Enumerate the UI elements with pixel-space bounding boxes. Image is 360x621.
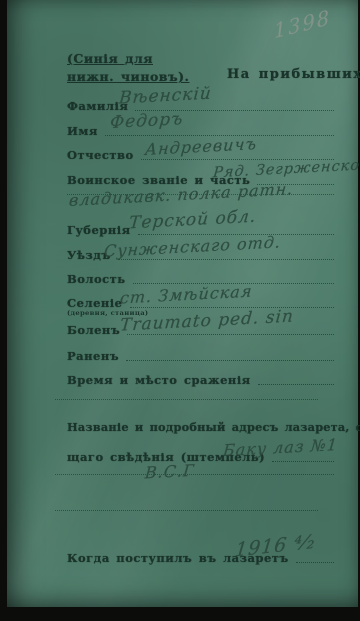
volost-label: Волость [67, 272, 126, 286]
first-name-label: Имя [67, 124, 98, 138]
spare-line [55, 496, 318, 511]
patronymic-label: Отчество [67, 148, 134, 162]
settlement-label: Селеніе [67, 296, 123, 310]
hospital-value2: В.С.Г [144, 461, 195, 483]
card-title: На прибывшихъ. [227, 67, 360, 82]
corner-note-line2: нижн. чиновъ). [67, 68, 189, 86]
record-card: 1398 (Синія для нижн. чиновъ). На прибыв… [7, 0, 358, 607]
first-name-value: Федоръ [109, 109, 184, 133]
wounded-line [126, 346, 334, 361]
province-label: Губернія [67, 223, 131, 237]
archive-number-pencil: 1398 [273, 5, 332, 44]
illness-label: Боленъ [67, 323, 120, 337]
field-first-name: Имя [67, 121, 334, 138]
battle-line [258, 370, 334, 385]
field-wounded: Раненъ [67, 346, 334, 363]
battle-line2 [55, 385, 318, 400]
hospital-label-line1: Названіе и подробный адресъ лазарета, со… [67, 420, 360, 434]
wounded-label: Раненъ [67, 349, 119, 363]
corner-note-line1: (Синія для [67, 50, 153, 68]
